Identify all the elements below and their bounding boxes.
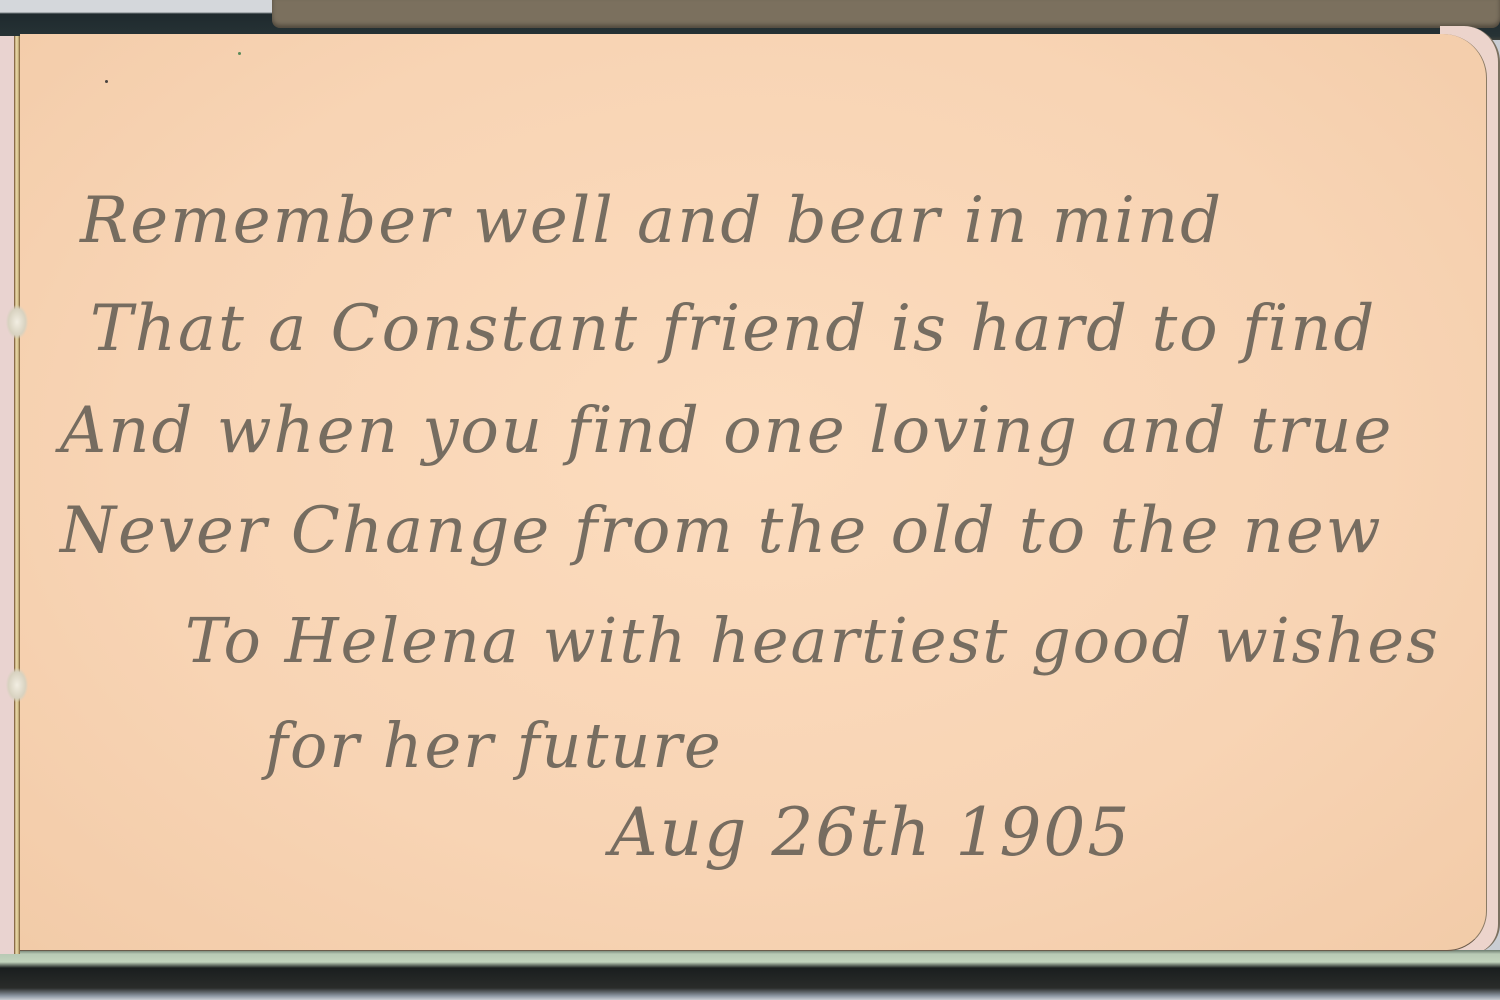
verse-line-4: Never Change from the old to the new [60, 494, 1383, 568]
binding-stitch [6, 668, 28, 702]
binding-stitch [6, 305, 28, 339]
dedication-continued: for her future [265, 709, 723, 782]
verse-line-1: Remember well and bear in mind [80, 184, 1223, 258]
album-spine [14, 36, 20, 954]
paper-speck [105, 80, 108, 83]
verse-line-3: And when you find one loving and true [60, 394, 1393, 468]
album-cover-bottom [0, 950, 1500, 1000]
dedication: To Helena with heartiest good wishes [185, 604, 1440, 677]
inscription-date: Aug 26th 1905 [610, 794, 1131, 871]
paper-speck [238, 52, 241, 55]
album-page: Remember well and bear in mind That a Co… [20, 34, 1487, 951]
bookmark-ribbon [272, 0, 1500, 28]
verse-line-2: That a Constant friend is hard to find [90, 292, 1376, 366]
